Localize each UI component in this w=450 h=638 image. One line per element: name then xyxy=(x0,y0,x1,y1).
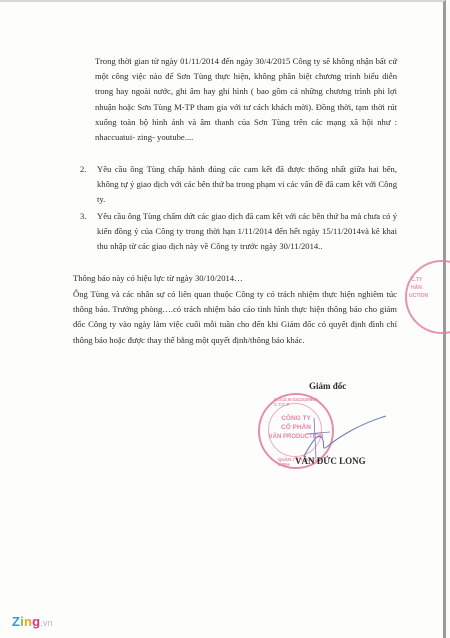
list-item-3: 3. Yêu cầu ông Tùng chấm dứt các giao dị… xyxy=(80,209,397,255)
zing-watermark-logo: Zing.vn xyxy=(12,614,53,629)
list-text: Yêu cầu ông Tùng chấm dứt các giao dịch … xyxy=(97,209,397,255)
scanned-document-page: Trong thời gian từ ngày 01/11/2014 đến n… xyxy=(0,0,446,638)
list-item-2: 2. Yêu cầu ông Tùng chấp hành đúng các c… xyxy=(80,162,397,208)
handwritten-signature-icon xyxy=(300,412,390,462)
logo-letter: Z xyxy=(12,614,20,629)
list-number: 3. xyxy=(80,209,94,224)
side-stamp-line: C.TY xyxy=(411,276,450,284)
logo-domain: .vn xyxy=(40,618,53,628)
side-stamp-line: UCTION xyxy=(409,292,449,300)
effective-date-notice: Thông báo này có hiệu lực từ ngày 30/10/… xyxy=(73,271,395,286)
side-stamp-line: HẦN xyxy=(411,284,450,292)
paragraph-no-work-period: Trong thời gian từ ngày 01/11/2014 đến n… xyxy=(95,54,397,145)
responsibility-paragraph: Ông Tùng và các nhân sự có liên quan thu… xyxy=(73,287,397,348)
side-seal-stamp: C.TY HẦN UCTION xyxy=(405,260,450,334)
signer-name: VĂN ĐỨC LONG xyxy=(295,456,366,466)
logo-letter: n xyxy=(24,614,32,629)
signature-title: Giám đốc xyxy=(309,381,346,391)
stamp-ring-top-text: M.S.D.N:0311539969-C.T.C.P xyxy=(274,397,332,407)
list-number: 2. xyxy=(80,162,94,177)
list-text: Yêu cầu ông Tùng chấp hành đúng các cam … xyxy=(97,162,397,208)
